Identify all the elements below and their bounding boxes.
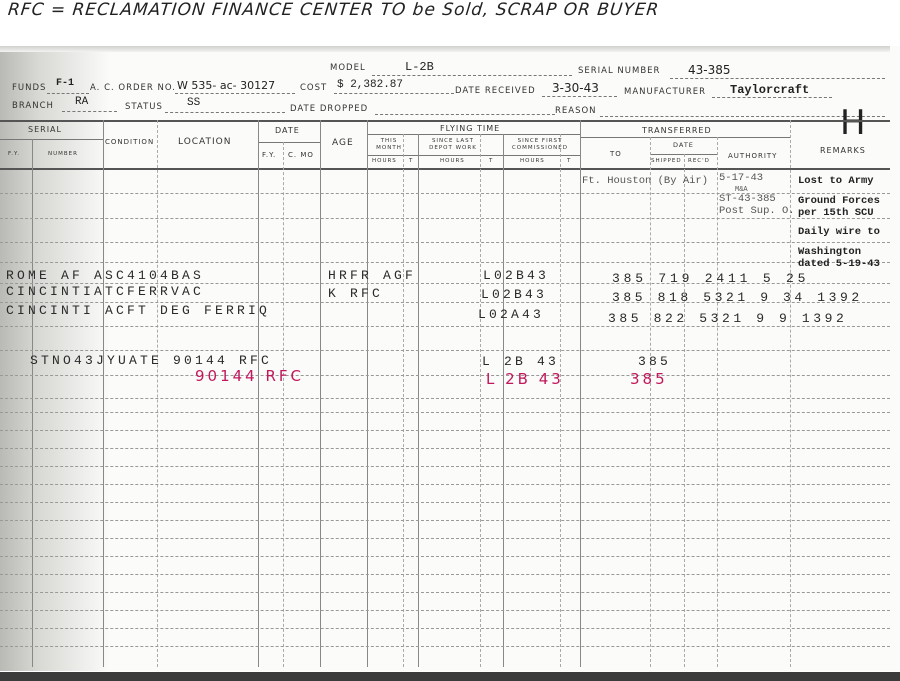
coded-row-2-left: CINCINTIATCFERRVAC bbox=[6, 284, 204, 299]
col-since-first-hours: HOURS bbox=[520, 158, 545, 165]
coded-row-1-left: ROME AF ASC4104BAS bbox=[6, 268, 204, 283]
col-this-month-hours: HOURS bbox=[372, 158, 397, 165]
card-top-edge bbox=[0, 46, 890, 52]
remarks-line-1: Lost to Army bbox=[798, 175, 874, 187]
remarks-line-4: Daily wire to bbox=[798, 226, 880, 238]
col-transfer-date: DATE bbox=[673, 142, 694, 149]
col-serial-fy: F.Y. bbox=[8, 151, 20, 158]
grid-row bbox=[0, 262, 890, 263]
grid-col bbox=[320, 120, 321, 667]
grid-col bbox=[650, 137, 651, 667]
manufacturer-label: MANUFACTURER bbox=[624, 87, 706, 97]
grid-row bbox=[0, 538, 890, 539]
date-received-underline bbox=[542, 96, 617, 97]
col-this-month: THIS MONTH bbox=[376, 138, 402, 152]
handwritten-row-left: 90144 RFC bbox=[195, 367, 304, 385]
grid-col bbox=[580, 120, 581, 667]
reason-label: REASON bbox=[555, 106, 597, 116]
ac-order-label: A. C. ORDER NO. bbox=[90, 83, 176, 93]
model-label: MODEL bbox=[330, 63, 366, 73]
col-authority: AUTHORITY bbox=[728, 152, 777, 160]
grid-row bbox=[0, 412, 890, 413]
col-date-fy: F.Y. bbox=[262, 152, 276, 159]
authority-line-3: Post Sup. O. bbox=[719, 205, 795, 217]
coded-row-2-right: 385 818 5321 9 34 1392 bbox=[612, 290, 863, 305]
transferred-divider bbox=[580, 137, 790, 138]
col-remarks: REMARKS bbox=[820, 146, 866, 155]
grid-col bbox=[283, 142, 284, 667]
date-received-label: DATE RECEIVED bbox=[455, 86, 536, 96]
col-age: AGE bbox=[332, 138, 354, 148]
grid-row bbox=[0, 242, 890, 243]
grid-row bbox=[0, 628, 890, 629]
cost-underline bbox=[334, 93, 454, 94]
funds-underline bbox=[47, 93, 89, 94]
col-location: LOCATION bbox=[178, 137, 232, 147]
grid-col bbox=[103, 120, 104, 667]
coded-row-2-code: L02B43 bbox=[481, 287, 547, 302]
funds-value: F-1 bbox=[56, 78, 74, 89]
grid-col bbox=[367, 120, 368, 667]
col-shipped: SHIPPED bbox=[651, 158, 682, 165]
date-received-value: 3-30-43 bbox=[552, 81, 599, 95]
coded-row-3-right: 385 822 5321 9 9 1392 bbox=[608, 311, 847, 326]
manufacturer-value: Taylorcraft bbox=[730, 83, 809, 97]
grid-col bbox=[403, 134, 404, 667]
handwritten-note: RFC = RECLAMATION FINANCE CENTER TO be S… bbox=[7, 0, 660, 20]
grid-row bbox=[0, 484, 890, 485]
grid-row bbox=[0, 398, 890, 399]
remarks-line-3: per 15th SCU bbox=[798, 207, 874, 219]
col-this-month-t: T bbox=[409, 158, 413, 165]
flying-time-divider bbox=[367, 134, 580, 135]
grid-row bbox=[0, 574, 890, 575]
grid-row bbox=[0, 502, 890, 503]
col-serial-number: NUMBER bbox=[48, 151, 78, 158]
status-label: STATUS bbox=[125, 102, 163, 112]
coded-row-4-left: STNO43JYUATE 90144 RFC bbox=[30, 353, 272, 368]
margin-check-mark: H bbox=[840, 103, 866, 143]
col-date: DATE bbox=[275, 126, 300, 135]
col-since-last-hours: HOURS bbox=[440, 158, 465, 165]
date-dropped-label: DATE DROPPED bbox=[290, 104, 368, 114]
grid-row bbox=[0, 520, 890, 521]
grid-row bbox=[0, 610, 890, 611]
grid-col bbox=[717, 137, 718, 667]
coded-row-3-left: CINCINTI ACFT DEG FERRIQ bbox=[6, 303, 270, 318]
grid-col bbox=[790, 120, 791, 667]
model-underline bbox=[372, 75, 572, 76]
col-condition: CONDITION bbox=[105, 138, 154, 146]
serial-divider bbox=[0, 139, 103, 140]
coded-row-3-code: L02A43 bbox=[478, 307, 544, 322]
coded-row-1-mid: HRFR AGF bbox=[328, 268, 416, 283]
remarks-line-2: Ground Forces bbox=[798, 195, 880, 207]
scan-bottom-edge bbox=[0, 672, 900, 681]
remarks-line-5: Washington bbox=[798, 246, 861, 258]
transfer-date: 5-17-43 bbox=[719, 172, 763, 184]
grid-col bbox=[684, 154, 685, 667]
branch-underline bbox=[62, 111, 117, 112]
status-underline bbox=[165, 112, 285, 113]
coded-row-4-right: 385 bbox=[638, 354, 671, 369]
ac-order-value: W 535- ac- 30127 bbox=[177, 79, 275, 92]
grid-row bbox=[0, 466, 890, 467]
col-since-last-depot: SINCE LAST DEPOT WORK bbox=[423, 138, 483, 152]
grid-row bbox=[0, 326, 890, 327]
coded-row-1-code: L02B43 bbox=[483, 268, 549, 283]
col-recd: REC'D bbox=[688, 158, 710, 165]
coded-row-4-code: L 2B 43 bbox=[482, 354, 559, 369]
funds-label: FUNDS bbox=[12, 83, 46, 93]
serial-number-label: SERIAL NUMBER bbox=[578, 66, 660, 76]
grid-row bbox=[0, 646, 890, 647]
grid-row bbox=[0, 556, 890, 557]
col-since-last-t: T bbox=[489, 158, 493, 165]
grid-col bbox=[258, 120, 259, 667]
cost-label: COST bbox=[300, 83, 327, 93]
date-divider bbox=[258, 142, 320, 143]
col-date-cmo: C. MO bbox=[288, 152, 314, 159]
grid-col bbox=[560, 134, 561, 667]
grid-col bbox=[480, 134, 481, 667]
grid-col bbox=[157, 120, 158, 667]
grid-col bbox=[418, 134, 419, 667]
remarks-line-6: dated 5-19-43 bbox=[798, 258, 880, 270]
model-value: L-2B bbox=[405, 60, 434, 74]
handwritten-row-right: 385 bbox=[630, 370, 668, 388]
col-transferred: TRANSFERRED bbox=[642, 126, 712, 135]
manufacturer-underline bbox=[712, 97, 832, 98]
date-dropped-underline bbox=[375, 114, 555, 115]
serial-number-value: 43-385 bbox=[688, 63, 731, 77]
branch-value: RA bbox=[75, 96, 88, 108]
ac-order-underline bbox=[175, 93, 295, 94]
coded-row-2-mid: K RFC bbox=[328, 286, 383, 301]
grid-row bbox=[0, 430, 890, 431]
grid-row bbox=[0, 350, 890, 351]
handwritten-row-code: L 2B 43 bbox=[486, 370, 564, 388]
col-serial: SERIAL bbox=[28, 125, 62, 134]
table-top-border bbox=[0, 120, 890, 122]
table-header-bottom-border bbox=[0, 168, 890, 170]
serial-underline bbox=[670, 78, 885, 79]
col-since-first-commissioned: SINCE FIRST COMMISSIONED bbox=[505, 138, 575, 152]
col-flying-time: FLYING TIME bbox=[440, 124, 500, 133]
branch-label: BRANCH bbox=[12, 101, 54, 111]
cost-value: $ 2,382.87 bbox=[337, 79, 403, 91]
col-since-first-t: T bbox=[567, 158, 571, 165]
hours-divider bbox=[367, 155, 580, 156]
authority-line-2: ST-43-385 bbox=[719, 193, 776, 205]
grid-row bbox=[0, 592, 890, 593]
status-value: SS bbox=[187, 97, 200, 109]
coded-row-1-right: 385 719 2411 5 25 bbox=[612, 271, 809, 286]
col-to: TO bbox=[610, 150, 622, 158]
grid-row bbox=[0, 375, 890, 376]
grid-col bbox=[503, 134, 504, 667]
transfer-to: Ft. Houston (By Air) bbox=[582, 175, 708, 187]
grid-row bbox=[0, 218, 890, 219]
grid-row bbox=[0, 448, 890, 449]
